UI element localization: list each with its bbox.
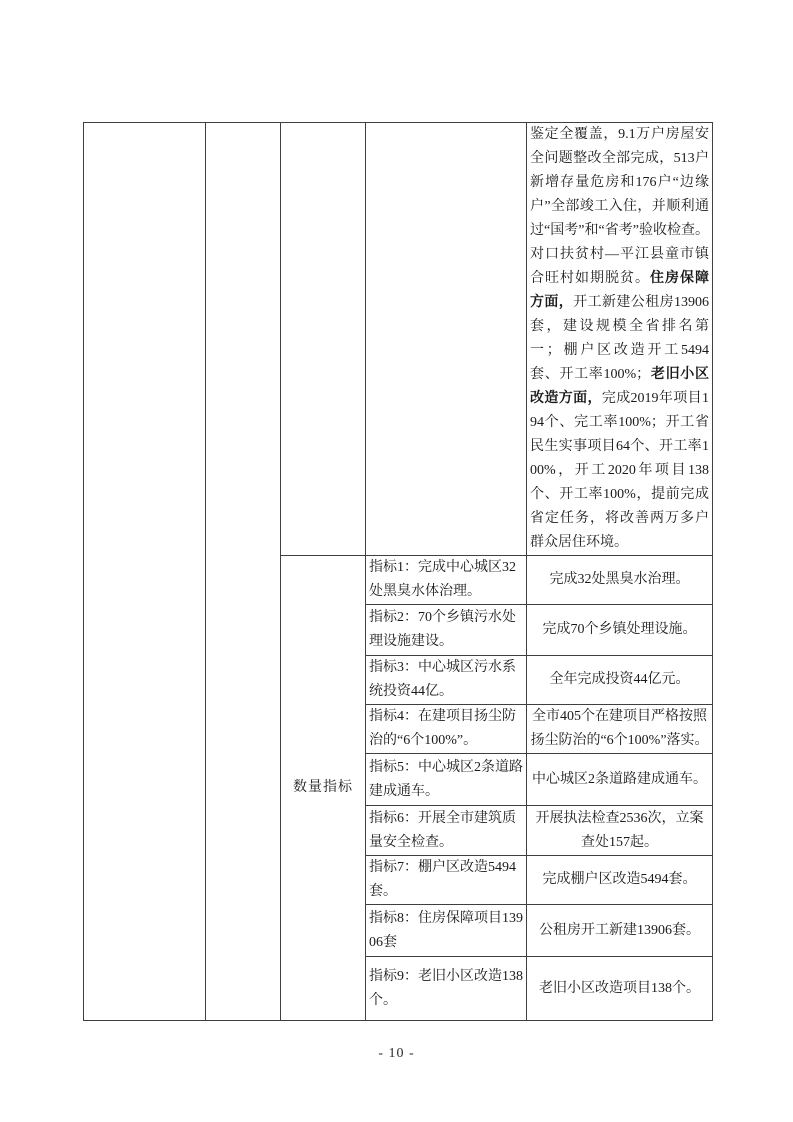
result-cell-5: 中心城区2条道路建成通车。 xyxy=(527,754,713,806)
overview-row: 鉴定全覆盖，9.1万户房屋安全问题整改全部完成，513户新增存量危房和176户“… xyxy=(84,123,713,556)
indicator-cell-8: 指标8：住房保障项目13906套 xyxy=(366,905,527,957)
result-cell-1: 完成32处黑臭水治理。 xyxy=(527,556,713,605)
empty-cell-col3 xyxy=(281,123,366,556)
overview-part-1: 鉴定全覆盖，9.1万户房屋安全问题整改全部完成，513户新增存量危房和176户“… xyxy=(530,127,709,286)
indicator-cell-4: 指标4：在建项目扬尘防治的“6个100%”。 xyxy=(366,705,527,754)
empty-cell-col2 xyxy=(206,123,281,1021)
page-number: - 10 - xyxy=(0,1046,793,1062)
indicator-cell-6: 指标6：开展全市建筑质量安全检查。 xyxy=(366,806,527,856)
result-cell-4: 全市405个在建项目严格按照扬尘防治的“6个100%”落实。 xyxy=(527,705,713,754)
overview-text-cell: 鉴定全覆盖，9.1万户房屋安全问题整改全部完成，513户新增存量危房和176户“… xyxy=(527,123,713,556)
result-cell-7: 完成棚户区改造5494套。 xyxy=(527,856,713,905)
category-label: 数量指标 xyxy=(293,780,353,795)
result-cell-2: 完成70个乡镇处理设施。 xyxy=(527,605,713,656)
indicator-cell-5: 指标5：中心城区2条道路建成通车。 xyxy=(366,754,527,806)
category-cell: 数量指标 xyxy=(281,556,366,1021)
overview-part-3: 完成2019年项目194个、完工率100%；开工省民生实事项目64个、开工率10… xyxy=(530,391,709,550)
indicator-cell-2: 指标2：70个乡镇污水处理设施建设。 xyxy=(366,605,527,656)
result-cell-6: 开展执法检查2536次，立案查处157起。 xyxy=(527,806,713,856)
indicator-cell-1: 指标1：完成中心城区32处黑臭水体治理。 xyxy=(366,556,527,605)
document-page: 鉴定全覆盖，9.1万户房屋安全问题整改全部完成，513户新增存量危房和176户“… xyxy=(0,0,793,1122)
indicator-cell-3: 指标3：中心城区污水系统投资44亿。 xyxy=(366,656,527,705)
performance-indicators-table: 鉴定全覆盖，9.1万户房屋安全问题整改全部完成，513户新增存量危房和176户“… xyxy=(83,122,713,1021)
empty-cell-col1 xyxy=(84,123,206,1021)
result-cell-9: 老旧小区改造项目138个。 xyxy=(527,957,713,1021)
indicator-cell-9: 指标9：老旧小区改造138个。 xyxy=(366,957,527,1021)
indicator-cell-7: 指标7：棚户区改造5494套。 xyxy=(366,856,527,905)
empty-cell-col4 xyxy=(366,123,527,556)
result-cell-3: 全年完成投资44亿元。 xyxy=(527,656,713,705)
result-cell-8: 公租房开工新建13906套。 xyxy=(527,905,713,957)
